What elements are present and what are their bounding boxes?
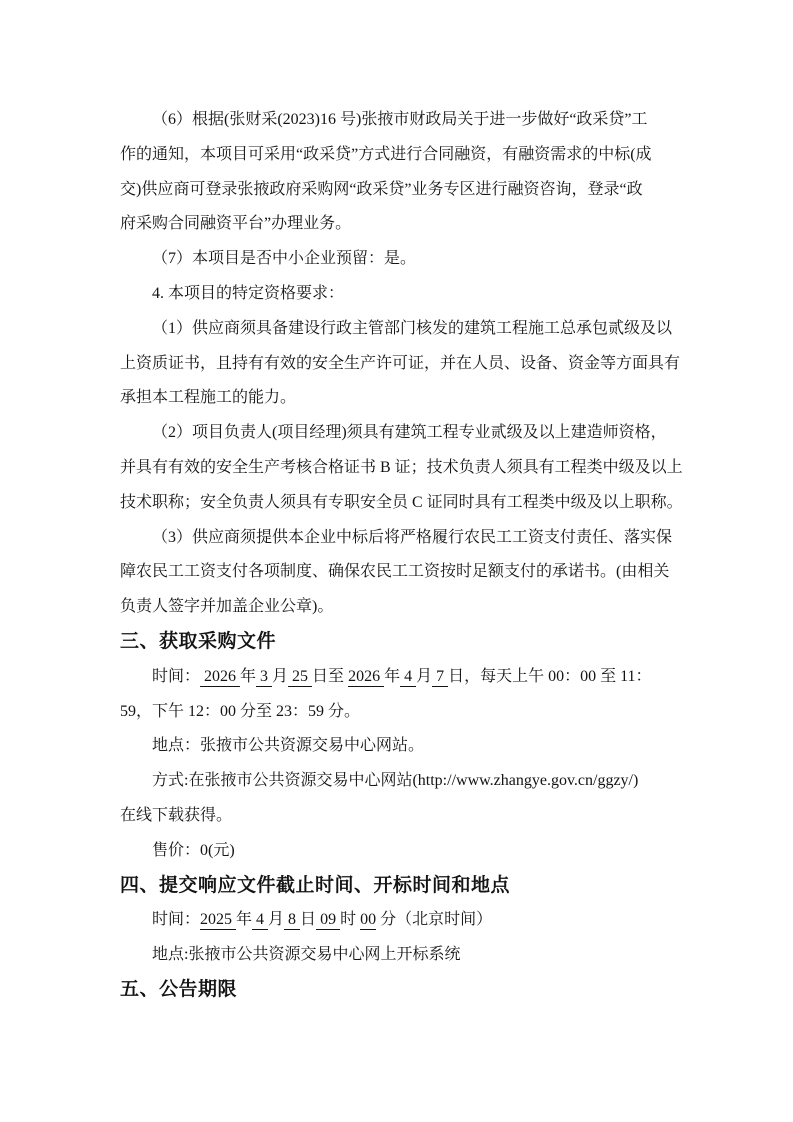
- document-line: 技术职称；安全负责人须具有专职安全员 C 证同时具有工程类中级及以上职称。: [120, 486, 681, 521]
- text-run: 交)供应商可登录张掖政府采购网“政采贷”业务专区进行融资咨询，登录“政: [120, 181, 643, 198]
- document-line: （3）供应商须提供本企业中标后将严格履行农民工工资支付责任、落实保: [120, 521, 681, 556]
- document-line: （6）根据(张财采(2023)16 号)张掖市财政局关于进一步做好“政采贷”工: [120, 103, 681, 138]
- text-run: 日: [300, 911, 316, 928]
- underlined-value: 2026: [348, 668, 384, 687]
- document-line: 障农民工工资支付各项制度、确保农民工工资按时足额支付的承诺书。(由相关: [120, 555, 681, 590]
- text-run: 日，每天上午 00：00 至 11：: [448, 668, 651, 685]
- text-run: （2）项目负责人(项目经理)须具有建筑工程专业贰级及以上建造师资格，: [152, 424, 667, 441]
- text-run: 月: [416, 668, 432, 685]
- underlined-value: 2025: [200, 911, 236, 930]
- document-line: 时间：2025 年 4 月 8 日 09 时 00 分（北京时间）: [120, 903, 681, 938]
- document-line: 府采购合同融资平台”办理业务。: [120, 207, 681, 242]
- text-run: 地点:张掖市公共资源交易中心网上开标系统: [152, 946, 460, 963]
- text-run: ): [633, 772, 638, 789]
- text-run: 在线下载获得。: [120, 807, 232, 824]
- text-run: 分（北京时间）: [376, 911, 492, 928]
- text-run: 时间：: [152, 911, 200, 928]
- document-line: （1）供应商须具备建设行政主管部门核发的建筑工程施工总承包贰级及以: [120, 312, 681, 347]
- text-run: 作的通知，本项目可采用“政采贷”方式进行合同融资，有融资需求的中标(成: [120, 146, 652, 163]
- document-line: 方式:在张掖市公共资源交易中心网站(http://www.zhangye.gov…: [120, 764, 681, 799]
- text-run: （7）本项目是否中小企业预留：是。: [152, 250, 416, 267]
- text-run: （6）根据(张财采(2023)16 号)张掖市财政局关于进一步做好“政采贷”工: [152, 111, 648, 128]
- text-run: 4. 本项目的特定资格要求：: [152, 285, 344, 302]
- text-run: 时间：: [152, 668, 200, 685]
- text-run: 59，下午 12：00 分至 23：59 分。: [120, 703, 360, 720]
- document-line: 时间： 2026 年 3 月 25 日至 2026 年 4 月 7 日，每天上午…: [120, 660, 681, 695]
- text-run: 方式:在张掖市公共资源交易中心网站(: [152, 772, 418, 789]
- section-4-title: 四、提交响应文件截止时间、开标时间和地点: [120, 875, 510, 896]
- text-run: 府采购合同融资平台”办理业务。: [120, 215, 351, 232]
- procurement-url: http://www.zhangye.gov.cn/ggzy/: [418, 772, 633, 789]
- text-run: 技术职称；安全负责人须具有专职安全员 C 证同时具有工程类中级及以上职称。: [120, 494, 683, 511]
- text-run: 售价：0(元): [152, 842, 235, 859]
- underlined-value: 7: [432, 668, 448, 687]
- text-run: 并具有有效的安全生产考核合格证书 B 证；技术负责人须具有工程类中级及以上: [120, 459, 683, 476]
- text-run: 承担本工程施工的能力。: [120, 389, 296, 406]
- document-line: （2）项目负责人(项目经理)须具有建筑工程专业贰级及以上建造师资格，: [120, 416, 681, 451]
- document-line: 承担本工程施工的能力。: [120, 381, 681, 416]
- document-line: （7）本项目是否中小企业预留：是。: [120, 242, 681, 277]
- underlined-value: 25: [288, 668, 312, 687]
- underlined-value: 8: [284, 911, 300, 930]
- document-page: （6）根据(张财采(2023)16 号)张掖市财政局关于进一步做好“政采贷”工作…: [0, 0, 793, 1122]
- text-run: （3）供应商须提供本企业中标后将严格履行农民工工资支付责任、落实保: [152, 529, 672, 546]
- text-run: 日至: [312, 668, 348, 685]
- document-line: 交)供应商可登录张掖政府采购网“政采贷”业务专区进行融资咨询，登录“政: [120, 173, 681, 208]
- text-run: 障农民工工资支付各项制度、确保农民工工资按时足额支付的承诺书。(由相关: [120, 563, 669, 580]
- section-heading: 五、公告期限: [120, 973, 681, 1008]
- document-line: 在线下载获得。: [120, 799, 681, 834]
- text-run: 月: [268, 911, 284, 928]
- document-line: 上资质证书，且持有有效的安全生产许可证，并在人员、设备、资金等方面具有: [120, 347, 681, 382]
- underlined-value: 2026: [200, 668, 240, 687]
- text-run: 月: [272, 668, 288, 685]
- document-line: 并具有有效的安全生产考核合格证书 B 证；技术负责人须具有工程类中级及以上: [120, 451, 681, 486]
- text-run: 负责人签字并加盖企业公章)。: [120, 598, 333, 615]
- document-line: 59，下午 12：00 分至 23：59 分。: [120, 695, 681, 730]
- underlined-value: 4: [400, 668, 416, 687]
- underlined-value: 4: [252, 911, 268, 930]
- document-line: 地点:张掖市公共资源交易中心网上开标系统: [120, 938, 681, 973]
- text-run: （1）供应商须具备建设行政主管部门核发的建筑工程施工总承包贰级及以: [152, 320, 672, 337]
- underlined-value: 3: [256, 668, 272, 687]
- text-run: 年: [384, 668, 400, 685]
- document-line: 地点：张掖市公共资源交易中心网站。: [120, 729, 681, 764]
- underlined-value: 00: [360, 911, 376, 930]
- text-run: 地点：张掖市公共资源交易中心网站。: [152, 737, 424, 754]
- text-run: 时: [340, 911, 360, 928]
- document-line: 售价：0(元): [120, 834, 681, 869]
- document-line: 4. 本项目的特定资格要求：: [120, 277, 681, 312]
- document-line: 作的通知，本项目可采用“政采贷”方式进行合同融资，有融资需求的中标(成: [120, 138, 681, 173]
- section-heading: 四、提交响应文件截止时间、开标时间和地点: [120, 869, 681, 904]
- text-run: 年: [240, 668, 256, 685]
- text-run: 上资质证书，且持有有效的安全生产许可证，并在人员、设备、资金等方面具有: [120, 355, 680, 372]
- document-line: 负责人签字并加盖企业公章)。: [120, 590, 681, 625]
- section-3-title: 三、获取采购文件: [120, 631, 276, 652]
- section-heading: 三、获取采购文件: [120, 625, 681, 660]
- text-run: 年: [236, 911, 252, 928]
- section-5-title: 五、公告期限: [120, 979, 237, 1000]
- underlined-value: 09: [316, 911, 340, 930]
